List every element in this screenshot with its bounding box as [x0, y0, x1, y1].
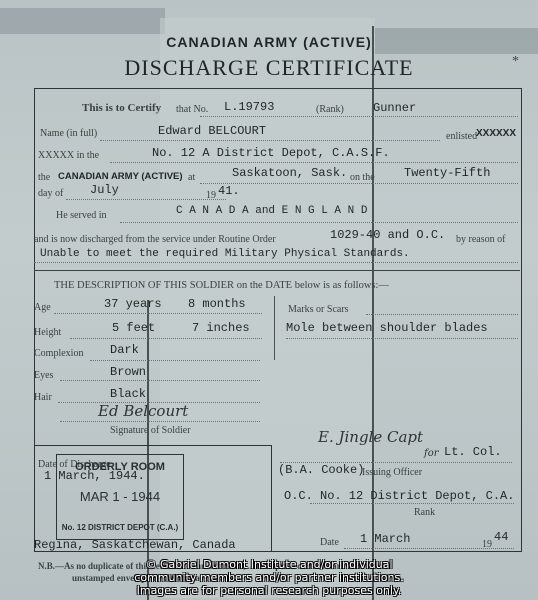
dotted-line — [60, 380, 260, 381]
column-divider — [274, 296, 275, 360]
copyright-watermark: © Gabriel Dumont Institute and/or indivi… — [0, 558, 538, 597]
rank-label: (Rank) — [316, 104, 344, 115]
stamp-date: MAR 1 - 1944 — [57, 489, 183, 504]
soldier-signature-label: Signature of Soldier — [110, 425, 191, 436]
rank-value: Gunner — [373, 101, 416, 115]
dotted-line — [34, 262, 518, 263]
service-number: L.19793 — [224, 100, 274, 114]
dotted-line — [310, 503, 514, 504]
stamp-depot: No. 12 DISTRICT DEPOT (C.A.) — [57, 523, 183, 532]
discharge-place: Regina, Saskatchewan, Canada — [34, 538, 236, 552]
dotted-line — [366, 314, 518, 315]
dotted-line — [90, 360, 260, 361]
routine-order: 1029-40 and O.C. — [330, 228, 445, 242]
issue-date: 1 March — [360, 532, 410, 546]
dotted-line — [344, 548, 514, 549]
hair-label: Hair — [34, 392, 52, 403]
dotted-line — [200, 116, 518, 117]
dotted-line — [70, 338, 262, 339]
officer-unit: O.C. No. 12 District Depot, C.A. — [284, 489, 514, 503]
served-value: C A N A D A and E N G L A N D — [176, 205, 367, 217]
age-years: 37 years — [104, 297, 162, 311]
officer-rank: Lt. Col. — [444, 445, 502, 459]
watermark-line1: © Gabriel Dumont Institute and/or indivi… — [0, 558, 538, 571]
discharged-label: and is now discharged from the service u… — [34, 234, 276, 245]
officer-rank-label: Rank — [414, 507, 435, 518]
marks-value: Mole between shoulder blades — [286, 321, 488, 335]
name-label: Name (in full) — [40, 128, 97, 139]
unit-value: No. 12 A District Depot, C.A.S.F. — [152, 146, 390, 160]
age-months: 8 months — [188, 297, 246, 311]
officer-for: for — [424, 448, 439, 459]
watermark-line2: community members and/or partner institu… — [0, 571, 538, 584]
dotted-line — [110, 162, 518, 163]
complexion-value: Dark — [110, 343, 139, 357]
height-label: Height — [34, 327, 61, 338]
marks-label: Marks or Scars — [288, 304, 349, 315]
asterisk-mark: * — [512, 54, 519, 70]
army-prefix: the — [38, 172, 50, 183]
height-inches: 7 inches — [192, 321, 250, 335]
section-divider — [34, 270, 520, 271]
year-value: 41. — [218, 184, 240, 198]
age-label: Age — [34, 302, 51, 313]
at-label: at — [188, 172, 195, 183]
watermark-line3: Images are for personal research purpose… — [0, 584, 538, 597]
officer-name: (B.A. Cooke) — [278, 463, 364, 477]
dotted-line — [60, 421, 260, 422]
certify-intro: This is to Certify — [82, 102, 161, 114]
enlisted-label: enlisted — [446, 131, 477, 142]
enlisted-strikeout: XXXXXX — [476, 128, 516, 139]
eyes-label: Eyes — [34, 370, 53, 381]
tape-strip-left — [0, 8, 165, 34]
dotted-line — [200, 183, 518, 184]
certificate-title: DISCHARGE CERTIFICATE — [0, 55, 538, 81]
document-page: CANADIAN ARMY (ACTIVE) DISCHARGE CERTIFI… — [0, 0, 538, 600]
stamp-line1: ORDERLY ROOM — [57, 461, 183, 473]
soldier-signature: Ed Belcourt — [98, 402, 188, 420]
army-name: CANADIAN ARMY (ACTIVE) — [58, 171, 183, 182]
eyes-value: Brown — [110, 365, 146, 379]
month-value: July — [90, 183, 119, 197]
reason-label: by reason of — [456, 234, 505, 245]
on-label: on the — [350, 172, 375, 183]
orderly-room-stamp: ORDERLY ROOM MAR 1 - 1944 No. 12 DISTRIC… — [56, 454, 184, 540]
description-heading: THE DESCRIPTION OF THIS SOLDIER on the D… — [54, 280, 389, 291]
place-value: Saskatoon, Sask. — [232, 166, 347, 180]
served-label: He served in — [56, 210, 107, 221]
height-feet: 5 feet — [112, 321, 155, 335]
enrolled-label: XXXXX in the — [38, 150, 99, 161]
that-no-label: that No. — [176, 104, 208, 115]
complexion-label: Complexion — [34, 348, 83, 359]
issuing-officer-label: Issuing Officer — [362, 467, 422, 478]
officer-signature: E. Jingle Capt — [318, 428, 423, 446]
army-heading: CANADIAN ARMY (ACTIVE) — [0, 34, 538, 50]
dotted-line — [120, 222, 518, 223]
date-label: Date — [320, 537, 339, 548]
hair-value: Black — [110, 387, 146, 401]
issue-year: 44 — [494, 530, 508, 544]
dayof-label: day of — [38, 188, 63, 199]
day-value: Twenty-Fifth — [404, 166, 490, 180]
soldier-name: Edward BELCOURT — [158, 124, 266, 138]
discharge-reason: Unable to meet the required Military Phy… — [40, 248, 410, 260]
dotted-line — [54, 313, 262, 314]
dotted-line — [66, 199, 226, 200]
dotted-line — [286, 338, 518, 339]
dotted-line — [100, 140, 440, 141]
